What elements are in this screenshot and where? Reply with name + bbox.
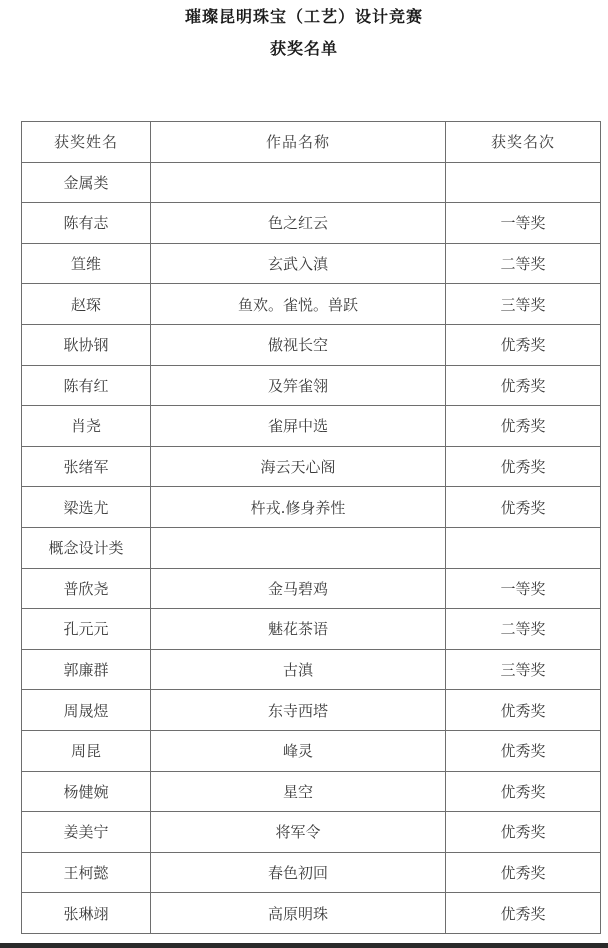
winner-name: 杨健婉 [22,771,151,812]
award-rank: 优秀奖 [446,771,601,812]
award-table: 获奖姓名 作品名称 获奖名次 金属类 陈有志 色之红云 一等奖 笪维 玄武入滇 … [21,121,601,934]
category-empty-cell [151,527,446,568]
category-label: 概念设计类 [22,527,151,568]
work-title: 将军令 [151,812,446,853]
work-title: 及笄雀翎 [151,365,446,406]
header-name: 获奖姓名 [22,122,151,163]
category-empty-cell [446,527,601,568]
work-title: 杵戎.修身养性 [151,487,446,528]
winner-name: 耿协钢 [22,324,151,365]
award-rank: 优秀奖 [446,406,601,447]
document-title: 璀璨昆明珠宝（工艺）设计竞赛 [0,4,608,27]
work-title: 金马碧鸡 [151,568,446,609]
award-rank: 二等奖 [446,609,601,650]
bottom-edge-strip [0,943,608,948]
table-row: 郭廉群 古滇 三等奖 [22,649,601,690]
award-rank: 三等奖 [446,284,601,325]
table-row: 张绪军 海云天心阁 优秀奖 [22,446,601,487]
table-row: 赵琛 鱼欢。雀悦。兽跃 三等奖 [22,284,601,325]
document-subtitle: 获奖名单 [0,36,608,59]
award-rank: 三等奖 [446,649,601,690]
award-rank: 优秀奖 [446,852,601,893]
work-title: 鱼欢。雀悦。兽跃 [151,284,446,325]
table-row: 普欣尧 金马碧鸡 一等奖 [22,568,601,609]
winner-name: 陈有志 [22,203,151,244]
table-row: 杨健婉 星空 优秀奖 [22,771,601,812]
work-title: 海云天心阁 [151,446,446,487]
winner-name: 周昆 [22,730,151,771]
work-title: 傲视长空 [151,324,446,365]
work-title: 色之红云 [151,203,446,244]
award-rank: 优秀奖 [446,893,601,934]
winner-name: 孔元元 [22,609,151,650]
award-rank: 优秀奖 [446,324,601,365]
award-rank: 二等奖 [446,243,601,284]
work-title: 东寺西塔 [151,690,446,731]
award-rank: 优秀奖 [446,365,601,406]
winner-name: 赵琛 [22,284,151,325]
award-rank: 优秀奖 [446,812,601,853]
category-row-concept-design: 概念设计类 [22,527,601,568]
table-row: 梁选尤 杵戎.修身养性 优秀奖 [22,487,601,528]
table-row: 周昆 峰灵 优秀奖 [22,730,601,771]
table-row: 周晟煜 东寺西塔 优秀奖 [22,690,601,731]
work-title: 峰灵 [151,730,446,771]
table-row: 肖尧 雀屏中选 优秀奖 [22,406,601,447]
category-row-metal: 金属类 [22,162,601,203]
winner-name: 笪维 [22,243,151,284]
work-title: 魅花茶语 [151,609,446,650]
table-row: 姜美宁 将军令 优秀奖 [22,812,601,853]
header-work: 作品名称 [151,122,446,163]
table-row: 王柯懿 春色初回 优秀奖 [22,852,601,893]
work-title: 高原明珠 [151,893,446,934]
winner-name: 肖尧 [22,406,151,447]
header-rank: 获奖名次 [446,122,601,163]
winner-name: 普欣尧 [22,568,151,609]
work-title: 星空 [151,771,446,812]
work-title: 玄武入滇 [151,243,446,284]
winner-name: 张琳翊 [22,893,151,934]
award-rank: 优秀奖 [446,690,601,731]
winner-name: 王柯懿 [22,852,151,893]
winner-name: 张绪军 [22,446,151,487]
work-title: 春色初回 [151,852,446,893]
category-label: 金属类 [22,162,151,203]
award-rank: 一等奖 [446,203,601,244]
winner-name: 姜美宁 [22,812,151,853]
table-header-row: 获奖姓名 作品名称 获奖名次 [22,122,601,163]
table-row: 陈有志 色之红云 一等奖 [22,203,601,244]
winner-name: 陈有红 [22,365,151,406]
table-row: 耿协钢 傲视长空 优秀奖 [22,324,601,365]
award-rank: 优秀奖 [446,730,601,771]
table-row: 陈有红 及笄雀翎 优秀奖 [22,365,601,406]
work-title: 雀屏中选 [151,406,446,447]
work-title: 古滇 [151,649,446,690]
award-rank: 优秀奖 [446,446,601,487]
table-row: 笪维 玄武入滇 二等奖 [22,243,601,284]
table-row: 张琳翊 高原明珠 优秀奖 [22,893,601,934]
award-rank: 一等奖 [446,568,601,609]
table-row: 孔元元 魅花茶语 二等奖 [22,609,601,650]
category-empty-cell [446,162,601,203]
category-empty-cell [151,162,446,203]
award-rank: 优秀奖 [446,487,601,528]
winner-name: 周晟煜 [22,690,151,731]
winner-name: 梁选尤 [22,487,151,528]
winner-name: 郭廉群 [22,649,151,690]
